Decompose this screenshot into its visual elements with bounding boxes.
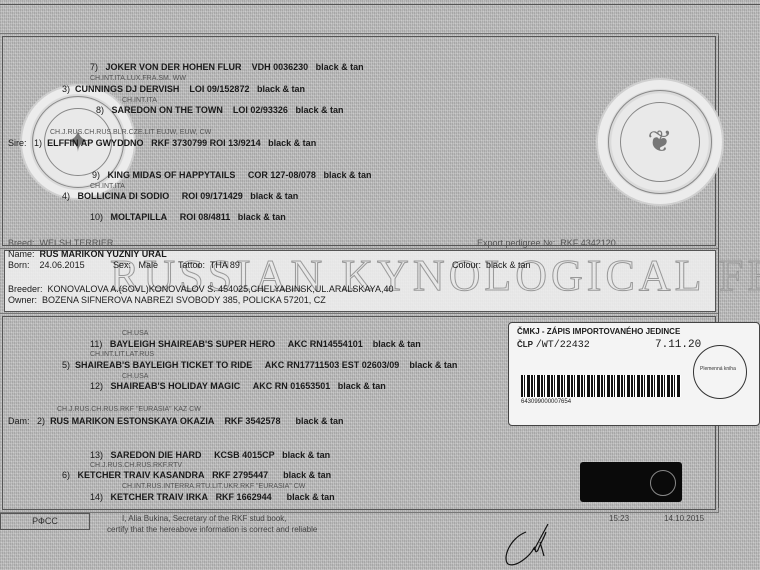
issue-date: 14.10.2015 [664,514,704,523]
document-top-border [0,4,760,5]
ancestor-13: 13) SAREDON DIE HARD KCSB 4015CP black &… [90,450,330,460]
ancestor-8: 8) SAREDON ON THE TOWN LOI 02/93326 blac… [96,105,343,115]
export-pedigree-number: Export pedigree №: RKF 4342120 [477,238,616,248]
dam-line: Dam: 2) RUS MARIKON ESTONSKAYA OKAZIA RK… [8,416,344,426]
tattoo-field: Tattoo: THA 89 [178,260,240,270]
sex-field: Sex: Male [113,260,158,270]
issue-time: 15:23 [609,514,629,523]
ancestor-7: 7) JOKER VON DER HOHEN FLUR VDH 0036230 … [90,62,364,72]
rfss-box: РФСС [0,513,90,530]
barcode-number: 643099000007654 [521,399,571,405]
sire-titles: CH.J.RUS.CH.RUS.BLR.CZE.LIT EUJW, EUW, C… [50,129,211,136]
dog-emblem-icon: ❦ [647,125,672,160]
sire-line: Sire: 1) ELFFIN AP GWYDDNO RKF 3730799 R… [8,138,316,148]
ancestor-9: 9) KING MIDAS OF HAPPYTAILS COR 127-08/0… [92,170,371,180]
breed-book-stamp: Plemenná kniha [693,345,747,399]
owner-field: Owner: BOZENA SIFNEROVA NABREZI SVOBODY … [8,295,326,305]
ancestor-5: 5) SHAIREAB'S BAYLEIGH TICKET TO RIDE AK… [62,360,457,370]
ancestor-6-titles: CH.J.RUS.CH.RUS.RKF.RTV [90,462,182,469]
ancestor-3: 3) CUNNINGS DJ DERVISH LOI 09/152872 bla… [62,84,305,94]
certification-line-1: I, Alia Bukina, Secretary of the RKF stu… [122,514,287,523]
signature [500,520,580,568]
sticker-date: 7.11.20 [655,339,701,351]
ancestor-11: 11) BAYLEIGH SHAIREAB'S SUPER HERO AKC R… [90,339,421,349]
ancestor-12: 12) SHAIREAB'S HOLIDAY MAGIC AKC RN 0165… [90,381,386,391]
sticker-title: ČMKJ - ZÁPIS IMPORTOVANÉHO JEDINCE [517,327,680,336]
born-field: Born: 24.06.2015 [8,260,85,270]
colour-field: Colour: black & tan [452,260,531,270]
hologram-circle-icon [650,470,676,496]
ancestor-4-titles: CH.INT.ITA [90,183,125,190]
ancestor-12-titles: CH.USA [122,373,148,380]
ancestor-6: 6) KETCHER TRAIV KASANDRA RKF 2795447 bl… [62,470,331,480]
import-registration-sticker: ČMKJ - ZÁPIS IMPORTOVANÉHO JEDINCE ČLP /… [508,322,760,426]
ancestor-14-titles: CH.INT.RUS.INTERRA.RTU.LIT.UKR.RKF "EURA… [122,483,305,490]
ancestor-10: 10) MOLTAPILLA ROI 08/4811 black & tan [90,212,286,222]
ancestor-8-titles: CH.INT.ITA [122,97,157,104]
rkf-seal-right: ❦ [596,78,724,206]
certification-line-2: certify that the hereabove information i… [107,525,317,534]
ancestor-5-titles: CH.INT.LIT.LAT.RUS [90,351,154,358]
hologram-label [580,462,682,502]
ancestor-3-titles: CH.INT.ITA.LUX.FRA.SM. WW [90,75,186,82]
ancestor-11-titles: CH.USA [122,330,148,337]
name-field: Name: RUS MARIKON YUZNIY URAL [8,249,167,259]
dam-titles: CH.J.RUS.CH.RUS.RKF "EURASIA" KAZ CW [57,406,201,413]
barcode [521,375,681,397]
breeder-field: Breeder: KONOVALOVA A.(SOVL)KONOVALOV S.… [8,284,394,294]
ancestor-14: 14) KETCHER TRAIV IRKA RKF 1662944 black… [90,492,335,502]
ancestor-4: 4) BOLLICINA DI SODIO ROI 09/171429 blac… [62,191,298,201]
sticker-clp-line: ČLP /WT/22432 [517,339,590,351]
breed-field: Breed: WELSH TERRIER [8,238,113,248]
